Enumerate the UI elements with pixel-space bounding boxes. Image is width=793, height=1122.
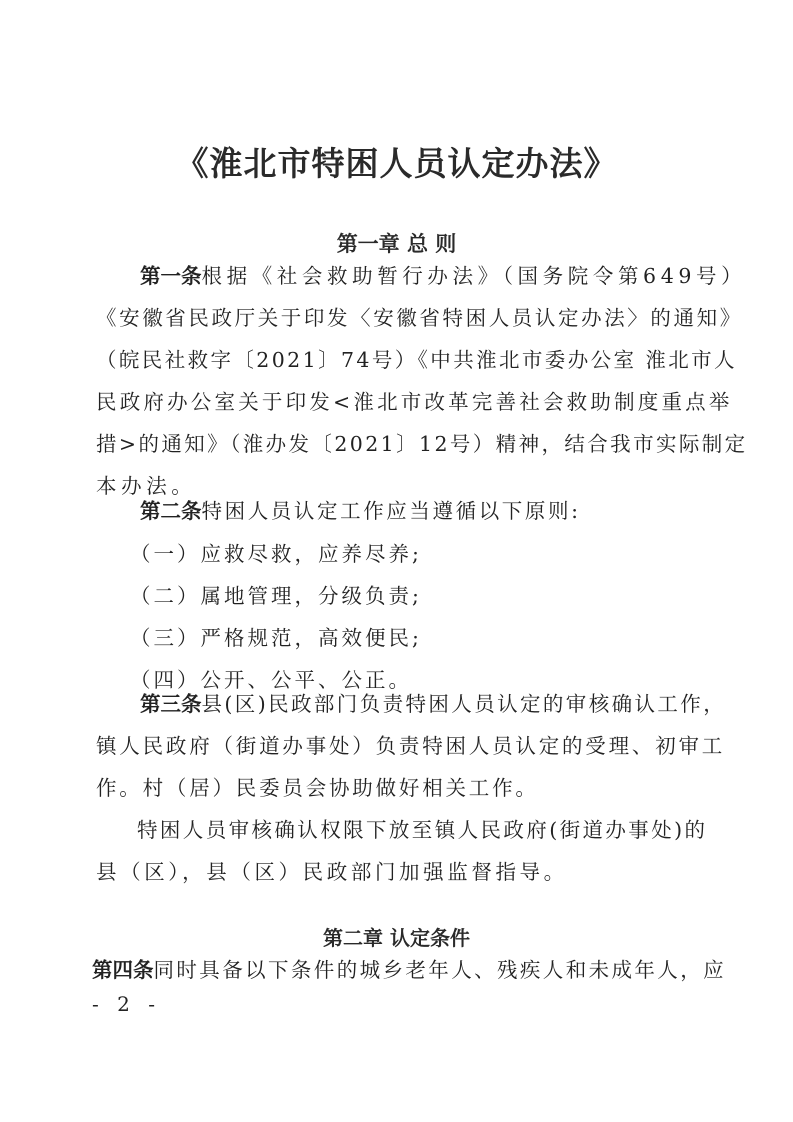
article-3-para2-line-2: 县（区），县（区）民政部门加强监督指导。 — [96, 859, 568, 885]
article-4-line-1: 第四条同时具备以下条件的城乡老年人、残疾人和未成年人，应 — [92, 957, 726, 983]
article-4-label: 第四条 — [92, 958, 154, 982]
principle-item-4: （四）公开、公平、公正。 — [130, 667, 412, 693]
article-2-label: 第二条 — [140, 499, 202, 523]
article-3-line-3: 作。村（居）民委员会协助做好相关工作。 — [96, 775, 539, 801]
principle-item-2: （二）属地管理，分级负责; — [130, 583, 422, 609]
chapter-1-heading: 第一章 总 则 — [0, 228, 793, 258]
article-3-line-2: 镇人民政府（街道办事处）负责特困人员认定的受理、初审工 — [96, 733, 725, 759]
article-2-intro: 第二条特困人员认定工作应当遵循以下原则: — [140, 498, 581, 524]
article-1-line-4: 民政府办公室关于印发<淮北市改革完善社会救助制度重点举 — [96, 389, 733, 415]
article-3-line-1: 第三条县(区)民政部门负责特困人员认定的审核确认工作， — [140, 691, 726, 717]
article-1-line-1: 第一条根据《社会救助暂行办法》（国务院令第649号） — [140, 263, 746, 289]
page-number: - 2 - — [92, 992, 161, 1016]
article-1-line-5: 措>的通知》（淮办发〔2021〕12号）精神，结合我市实际制定 — [96, 431, 748, 457]
chapter-2-heading: 第二章 认定条件 — [0, 922, 793, 951]
article-3-label: 第三条 — [140, 692, 202, 716]
article-3-para2-line-1: 特困人员审核确认权限下放至镇人民政府(街道办事处)的 — [137, 817, 707, 843]
article-1-label: 第一条 — [140, 264, 202, 288]
document-title: 《淮北市特困人员认定办法》 — [0, 138, 793, 185]
principle-item-3: （三）严格规范，高效便民; — [130, 625, 422, 651]
principle-item-1: （一）应救尽救，应养尽养; — [130, 541, 422, 567]
article-1-line-2: 《安徽省民政厅关于印发〈安徽省特困人员认定办法〉的通知》 — [96, 305, 743, 331]
article-1-line-3: （皖民社救字〔2021〕74号）《中共淮北市委办公室 淮北市人 — [96, 347, 737, 373]
article-1-line-6: 本办法。 — [96, 473, 196, 499]
